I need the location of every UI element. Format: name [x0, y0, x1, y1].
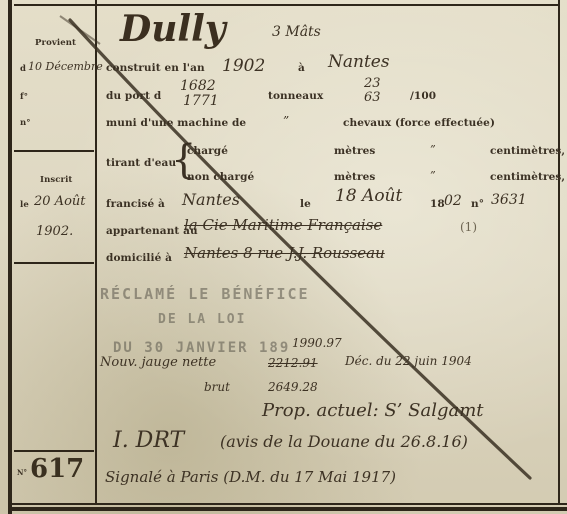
diagonal-cancellation-line — [0, 0, 567, 514]
